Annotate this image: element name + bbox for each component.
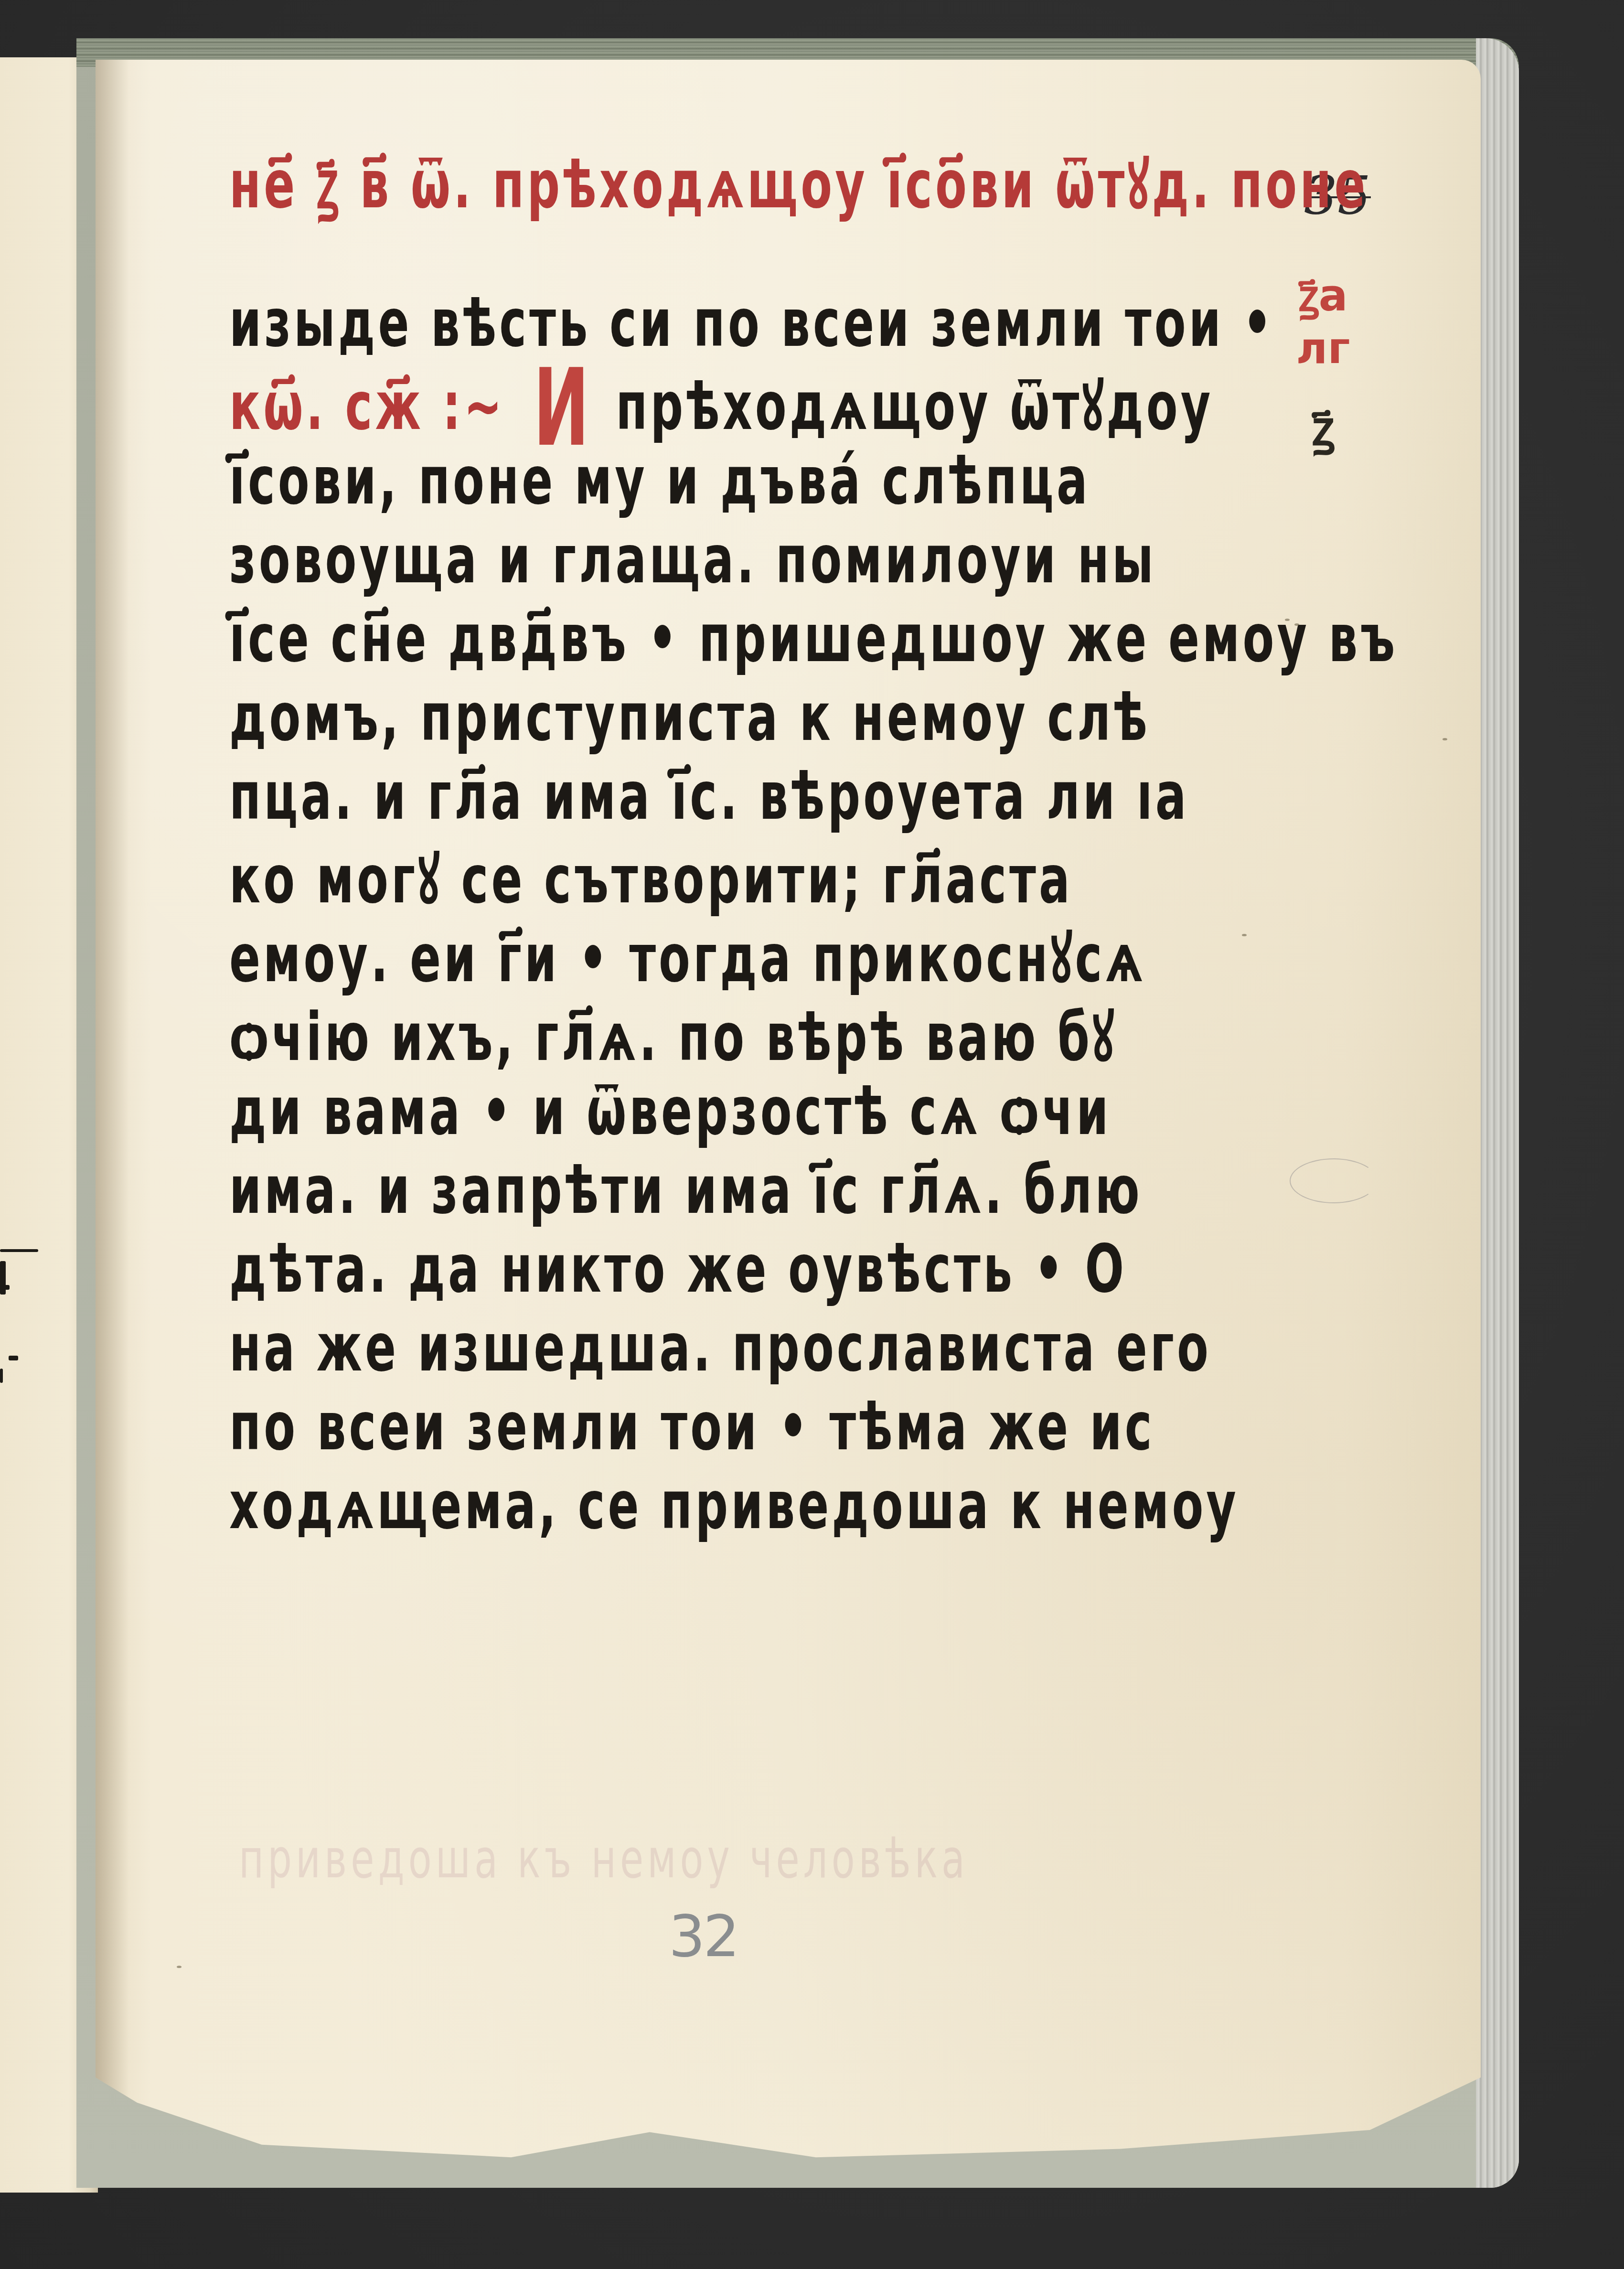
margin-note-red-line2: лг	[1275, 322, 1371, 375]
text-line-5: і҃се сн҃е двд҃въ • пришедшоу же емоу въ	[229, 599, 1398, 677]
paper-speck	[1285, 619, 1290, 621]
page-edges-right	[1476, 38, 1519, 2188]
paper-speck	[1242, 934, 1247, 936]
gutter-shadow	[96, 60, 129, 2162]
scan-background: 35 не҃ ꙁ҃ в҃ ѿ. прѣходѧщоу і҃со҃ви ѿтꙋд.…	[0, 0, 1624, 2269]
margin-note-black: ꙁ҃	[1275, 394, 1371, 459]
text-line-4: зовоуща и глаща. помилоуи ны	[229, 521, 1156, 598]
text-line-11: ди вама • и ѿверзостѣ сѧ ѻчи	[229, 1072, 1111, 1150]
text-line-6: домъ, приступиста к немоу слѣ	[229, 678, 1150, 756]
lection-rubric: кѡ҃. сж҃ :~	[229, 367, 505, 445]
text-line-1: изыде вѣсть си по всеи земли тои •	[229, 284, 1275, 362]
margin-note-red-line1: ꙁ҃а	[1275, 270, 1371, 322]
text-line-12: има. и запрѣти има і҃с гл҃ѧ. блю	[229, 1151, 1143, 1229]
manuscript-page: 35 не҃ ꙁ҃ в҃ ѿ. прѣходѧщоу і҃со҃ви ѿтꙋд.…	[96, 60, 1481, 2162]
text-line-3: і҃сови, поне му и дъвá слѣпца	[229, 442, 1090, 519]
text-line-9: емоу. еи г҃и • тогда прикоснꙋсѧ	[229, 910, 1146, 1001]
margin-note-red: ꙁ҃а лг	[1275, 270, 1371, 375]
text-line-8: ко могꙋ се сътворити; гл҃аста	[229, 832, 1073, 922]
ink-fragment	[0, 1285, 10, 1290]
text-line-2-rest: прѣходѧщоу ѿтꙋдоу	[616, 367, 1213, 445]
text-line-16: ходѧщема, се приведоша к немоу	[229, 1466, 1239, 1544]
bleed-through-text: приведоша къ немоу человѣка	[239, 1828, 969, 1890]
paper-speck	[177, 1966, 182, 1968]
rubric-heading: не҃ ꙁ҃ в҃ ѿ. прѣходѧщоу і҃со҃ви ѿтꙋд. по…	[229, 137, 1368, 227]
paper-speck	[1294, 623, 1299, 626]
paper-speck	[1442, 738, 1447, 740]
folio-number-pencil: 32	[669, 1904, 738, 1970]
ink-fragment	[0, 1369, 3, 1383]
ink-fragment	[0, 1249, 38, 1252]
text-line-10: ѻчію ихъ, гл҃ѧ. по вѣрѣ ваю бꙋ	[229, 989, 1117, 1080]
pencil-mark	[1290, 1158, 1378, 1203]
text-line-14: на же изшедша. прослависта его	[229, 1309, 1211, 1386]
text-line-15: по всеи земли тои • тѣма же ис	[229, 1388, 1155, 1465]
text-line-13: дѣта. да никто же оувѣсть • О	[229, 1230, 1127, 1307]
ink-fragment	[9, 1356, 18, 1360]
text-line-7: пца. и гл҃а има і҃с. вѣроуета ли ıа	[229, 757, 1189, 835]
